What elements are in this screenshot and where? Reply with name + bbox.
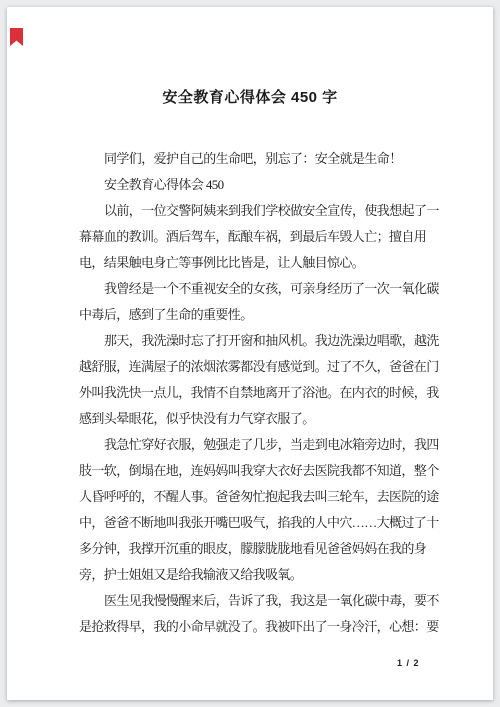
body-line: 医生见我慢慢醒来后，告诉了我，我这是一氧化碳中毒，要不: [79, 588, 445, 614]
body-line: 肢一软，倒塌在地，连妈妈叫我穿大衣好去医院我都不知道，整个: [79, 458, 445, 484]
document-preview: { "decor": { "background_color": "#eaece…: [0, 0, 500, 707]
body-line: 人昏呼呼的，不醒人事。爸爸匆忙抱起我去叫三轮车，去医院的途: [79, 484, 445, 510]
body-line: 多分钟，我撑开沉重的眼皮，朦朦胧胧地看见爸爸妈妈在我的身: [79, 536, 445, 562]
page-title: 安全教育心得体会 450 字: [7, 86, 493, 107]
body-line: 中，爸爸不断地叫我张开嘴巴吸气，掐我的人中穴……大概过了十: [79, 510, 445, 536]
body-line: 安全教育心得体会 450: [79, 172, 445, 198]
body-line: 旁，护士姐姐又是给我输液又给我吸氧。: [79, 562, 445, 588]
page-number-indicator: 1 / 2: [397, 658, 420, 668]
body-line: 是抢救得早，我的小命早就没了。我被吓出了一身冷汗，心想：要: [79, 614, 445, 640]
body-line: 我曾经是一个不重视安全的女孩，可亲身经历了一次一氧化碳: [79, 276, 445, 302]
body-line: 那天，我洗澡时忘了打开窗和抽风机。我边洗澡边唱歌，越洗: [79, 328, 445, 354]
body-line: 外叫我洗快一点儿，我情不自禁地离开了浴池。在内衣的时候，我: [79, 380, 445, 406]
body-line: 感到头晕眼花，似乎快没有力气穿衣服了。: [79, 406, 445, 432]
body-line: 以前，一位交警阿姨来到我们学校做安全宣传，使我想起了一: [79, 198, 445, 224]
body-line: 我急忙穿好衣服，勉强走了几步，当走到电冰箱旁边时，我四: [79, 432, 445, 458]
body-line: 越舒服，连满屋子的浓烟浓雾都没有感觉到。过了不久，爸爸在门: [79, 354, 445, 380]
document-body-text: 同学们，爱护自己的生命吧，别忘了：安全就是生命！安全教育心得体会 450以前，一…: [79, 146, 445, 640]
body-line: 中毒后，感到了生命的重要性。: [79, 302, 445, 328]
body-line: 电，结果触电身亡等事例比比皆是，让人触目惊心。: [79, 250, 445, 276]
body-line: 同学们，爱护自己的生命吧，别忘了：安全就是生命！: [79, 146, 445, 172]
document-page: 安全教育心得体会 450 字 同学们，爱护自己的生命吧，别忘了：安全就是生命！安…: [7, 7, 493, 700]
body-line: 幕幕血的教训。酒后驾车，酝酿车祸，到最后车毁人亡；擅自用: [79, 224, 445, 250]
